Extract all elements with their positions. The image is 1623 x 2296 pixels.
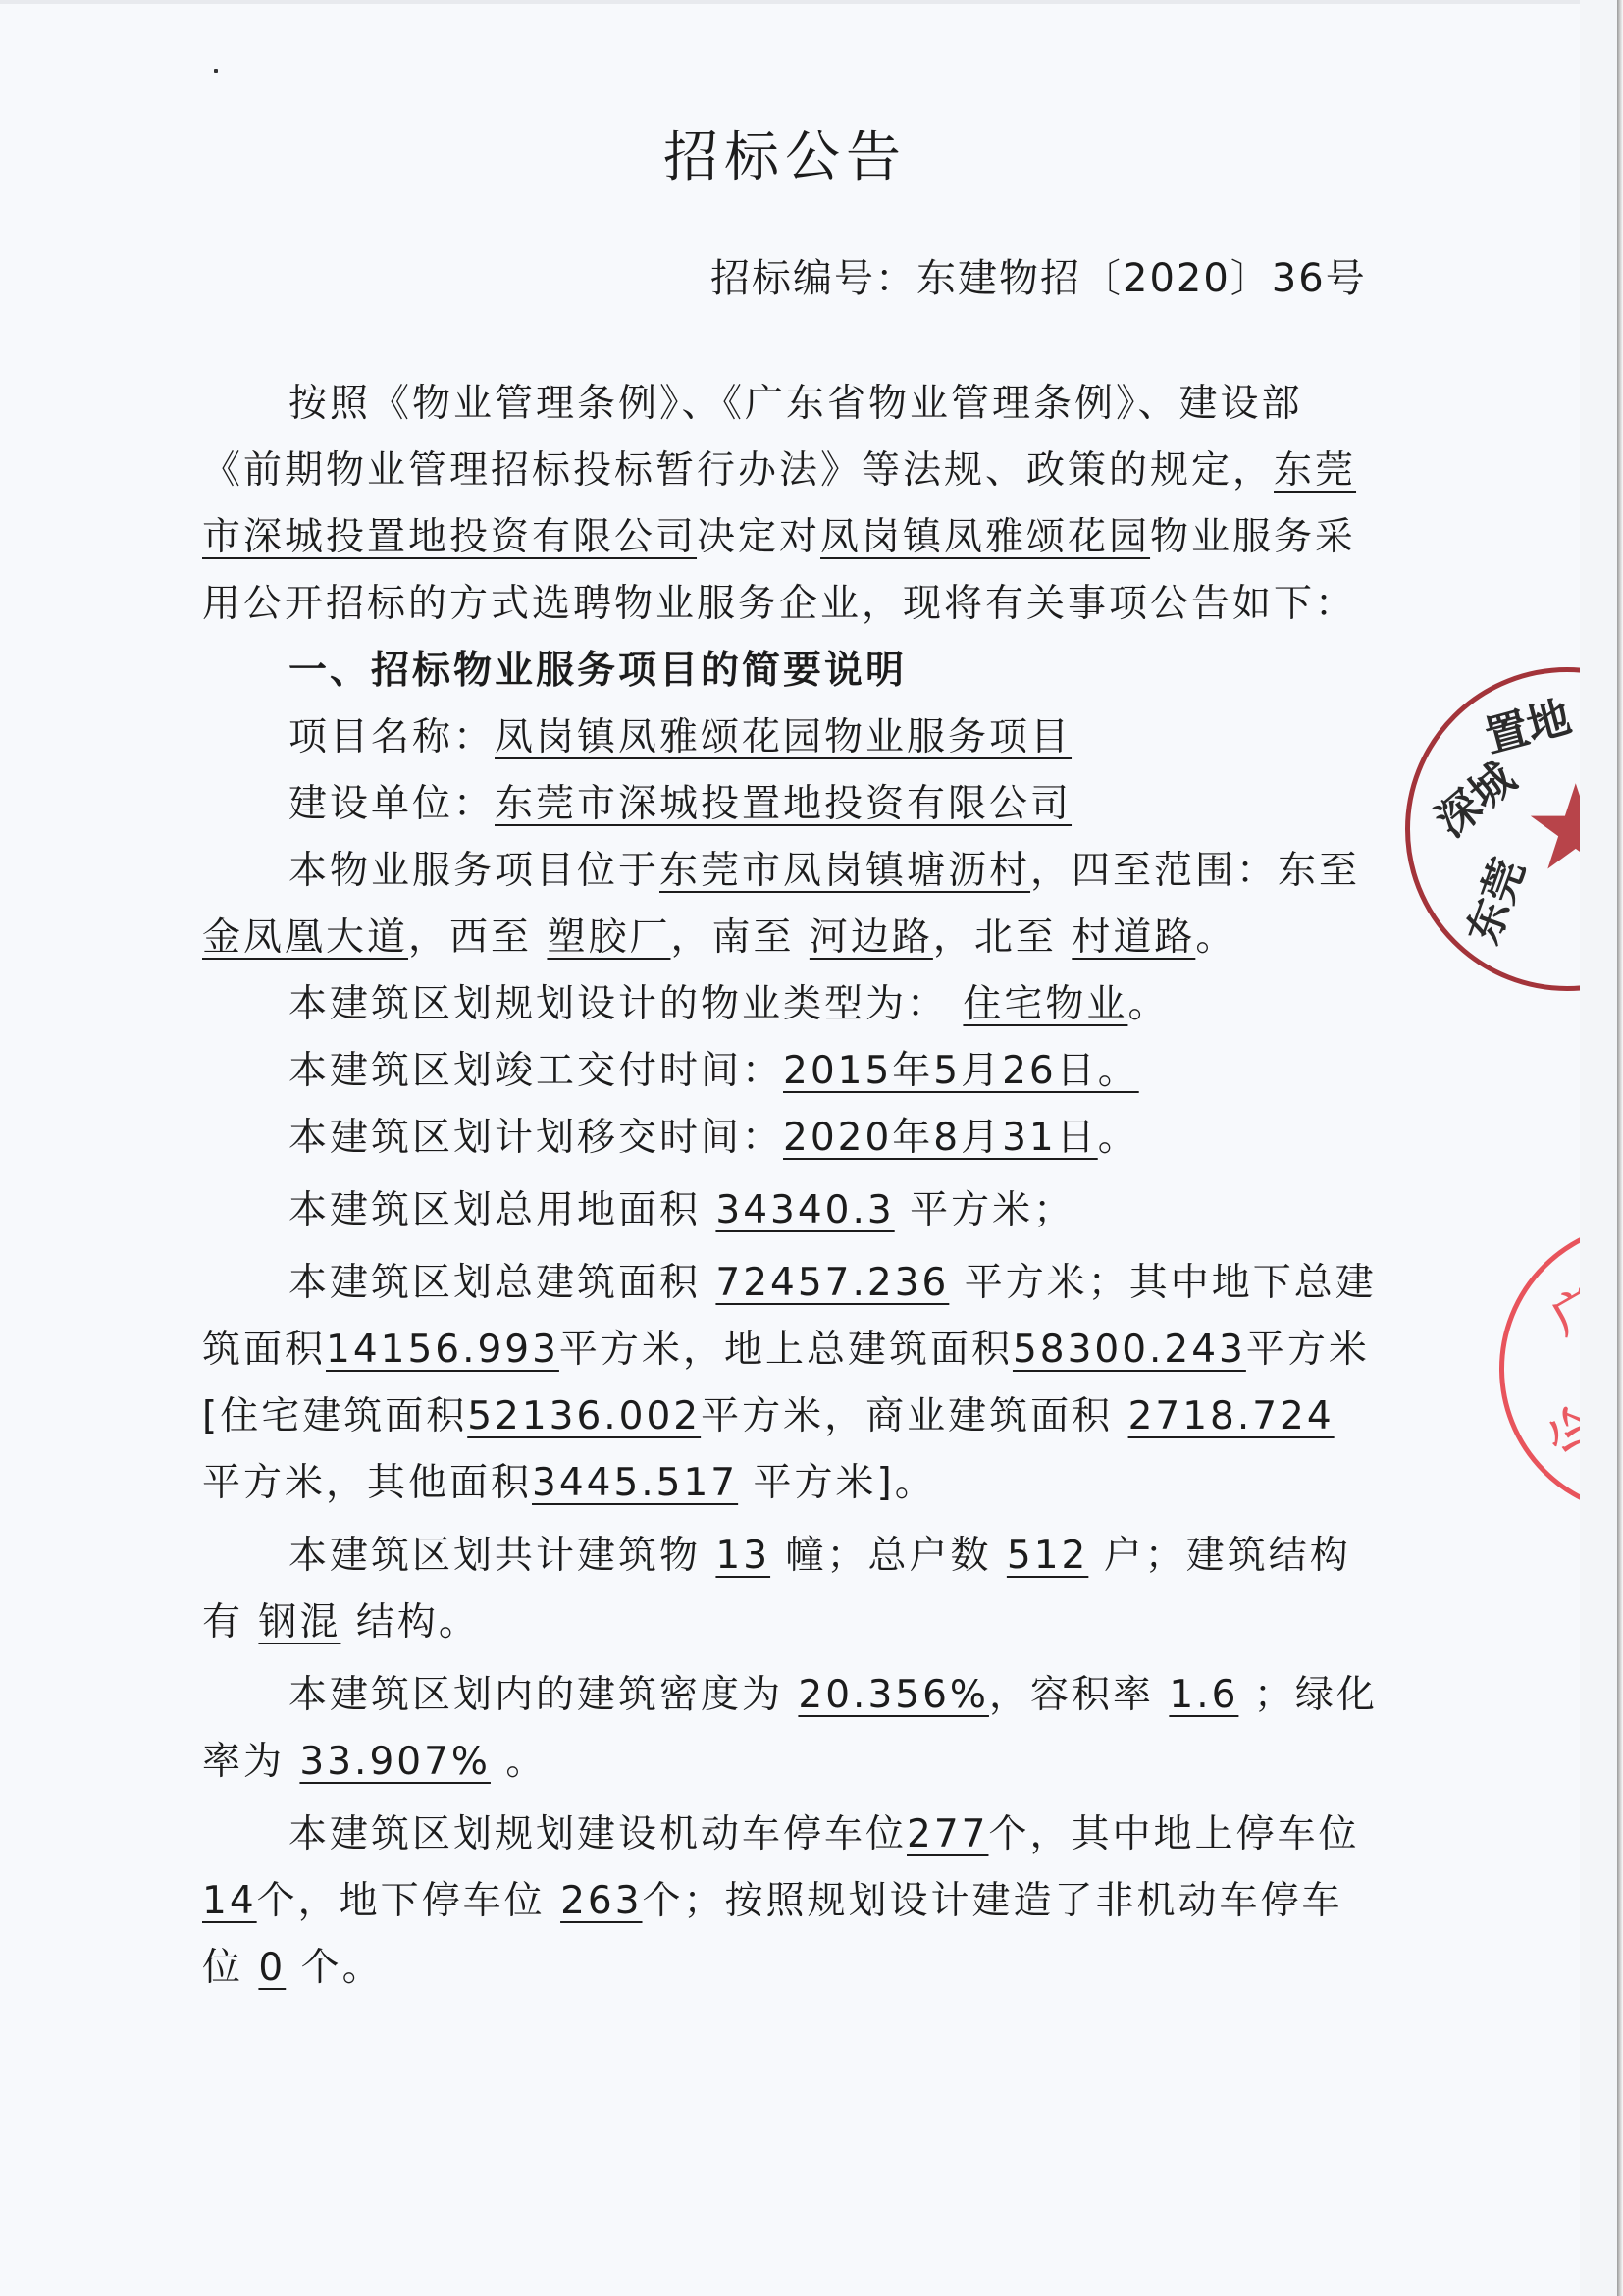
parking-paragraph: 本建筑区划规划建设机动车停车位277个，其中地上停车位 14个，地下停车位 26… <box>202 1801 1380 2002</box>
developer-line: 建设单位：东莞市深城投置地投资有限公司 <box>202 771 1380 838</box>
above-ground-area: 58300.243 <box>1013 1328 1246 1372</box>
floor-area-paragraph: 本建筑区划总建筑面积 72457.236 平方米；其中地下总建筑面积14156.… <box>202 1250 1380 1517</box>
east-boundary: 金凤凰大道 <box>202 915 408 960</box>
tender-number-label: 招标编号： <box>710 256 916 301</box>
buildings-paragraph: 本建筑区划共计建筑物 13 幢；总户数 512 户；建筑结构有 钢混 结构。 <box>202 1523 1380 1656</box>
document-title: 招标公告 <box>0 114 1570 192</box>
above-ground-parking: 14 <box>202 1879 257 1923</box>
developer-name: 东莞市深城投置地投资有限公司 <box>495 782 1072 826</box>
land-area: 34340.3 <box>715 1188 894 1232</box>
project-short-name: 凤岗镇凤雅颂花园 <box>820 515 1150 559</box>
land-area-line: 本建筑区划总用地面积 34340.3 平方米； <box>202 1177 1380 1244</box>
scan-page-edge-overlay <box>1580 0 1623 2296</box>
property-type-line: 本建筑区划规划设计的物业类型为： 住宅物业。 <box>202 971 1380 1038</box>
document-body: 按照《物业管理条例》、《广东省物业管理条例》、建设部《前期物业管理招标投标暂行办… <box>202 371 1380 2002</box>
household-count: 512 <box>1007 1534 1088 1578</box>
total-floor-area: 72457.236 <box>715 1261 949 1305</box>
project-name-line: 项目名称：凤岗镇凤雅颂花园物业服务项目 <box>202 704 1380 771</box>
building-density: 20.356% <box>798 1673 989 1717</box>
scan-top-edge <box>0 0 1623 4</box>
tender-number: 招标编号：东建物招〔2020〕36号 <box>710 247 1367 303</box>
completion-date: 2015年5月26日。 <box>783 1049 1139 1093</box>
parking-total: 277 <box>907 1812 988 1856</box>
commercial-area: 2718.724 <box>1128 1394 1335 1438</box>
floor-area-ratio: 1.6 <box>1169 1673 1238 1717</box>
other-area: 3445.517 <box>532 1461 738 1505</box>
completion-line: 本建筑区划竣工交付时间：2015年5月26日。 <box>202 1038 1380 1105</box>
west-boundary: 塑胶厂 <box>547 915 670 960</box>
residential-area: 52136.002 <box>467 1394 701 1438</box>
underground-area: 14156.993 <box>326 1328 559 1372</box>
scan-speck <box>214 69 218 73</box>
density-paragraph: 本建筑区划内的建筑密度为 20.356%，容积率 1.6 ；绿化率为 33.90… <box>202 1662 1380 1796</box>
property-type: 住宅物业 <box>963 982 1127 1026</box>
green-rate: 33.907% <box>299 1740 491 1784</box>
handover-date: 2020年8月31日 <box>783 1116 1098 1160</box>
location: 东莞市凤岗镇塘沥村 <box>659 849 1030 893</box>
intro-paragraph: 按照《物业管理条例》、《广东省物业管理条例》、建设部《前期物业管理招标投标暂行办… <box>202 371 1380 638</box>
north-boundary: 村道路 <box>1072 915 1195 960</box>
section-heading: 一、招标物业服务项目的简要说明 <box>202 638 1380 704</box>
location-paragraph: 本物业服务项目位于东莞市凤岗镇塘沥村，四至范围：东至 金凤凰大道，西至 塑胶厂，… <box>202 838 1380 971</box>
building-count: 13 <box>715 1534 770 1578</box>
south-boundary: 河边路 <box>810 915 933 960</box>
handover-line: 本建筑区划计划移交时间：2020年8月31日。 <box>202 1105 1380 1172</box>
underground-parking: 263 <box>560 1879 642 1923</box>
structure-type: 钢混 <box>258 1600 340 1644</box>
project-name: 凤岗镇凤雅颂花园物业服务项目 <box>495 715 1072 759</box>
tender-number-value: 东建物招〔2020〕36号 <box>916 256 1367 301</box>
seal-text: 置地 <box>1477 682 1577 765</box>
seal-text: 深城 <box>1420 745 1527 849</box>
non-motor-parking: 0 <box>258 1946 286 1990</box>
